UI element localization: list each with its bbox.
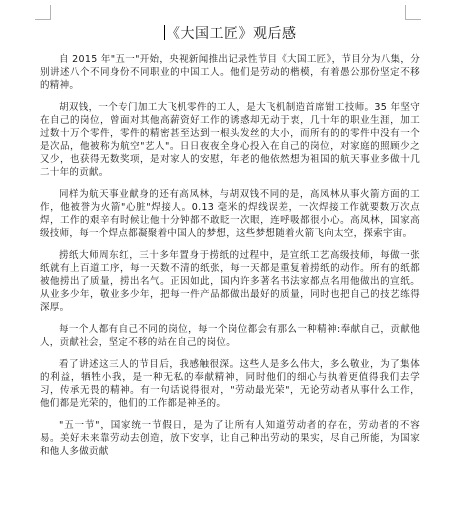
text-boundary-mark-top-left: [35, 5, 51, 20]
document-body[interactable]: 自 2015 年"五一"开始，央视新闻推出记录性节目《大国工匠》，节目分为八集，…: [40, 53, 420, 458]
title-row[interactable]: 《大国工匠》观后感: [40, 23, 420, 43]
paragraph[interactable]: 胡双钱，一个专门加工大飞机零件的工人，是大飞机制造首席钳工技师。35 年坚守在自…: [40, 101, 420, 179]
paragraph[interactable]: 看了讲述这三人的节目后，我感触很深。这些人是多么伟大，多么敬业，为了集体的利益，…: [40, 358, 420, 410]
paragraph[interactable]: 同样为航天事业献身的还有高凤林，与胡双钱不同的是，高凤林从事火箭方面的工作，他被…: [40, 188, 420, 240]
document-page: 《大国工匠》观后感 自 2015 年"五一"开始，央视新闻推出记录性节目《大国工…: [0, 0, 458, 520]
text-boundary-mark-top-right: [405, 5, 421, 20]
document-title[interactable]: 《大国工匠》观后感: [166, 26, 297, 42]
paragraph[interactable]: 捞纸大师周东红，三十多年置身于捞纸的过程中，是宣纸工艺高级技师，每做一张纸就有上…: [40, 249, 420, 314]
text-cursor: [164, 25, 166, 40]
document-content[interactable]: 《大国工匠》观后感 自 2015 年"五一"开始，央视新闻推出记录性节目《大国工…: [40, 20, 420, 467]
paragraph[interactable]: "五一节"，国家统一节假日，是为了让所有人知道劳动者的存在，劳动者的不容易。美好…: [40, 419, 420, 458]
paragraph[interactable]: 自 2015 年"五一"开始，央视新闻推出记录性节目《大国工匠》，节目分为八集，…: [40, 53, 420, 92]
paragraph[interactable]: 每一个人都有自己不同的岗位，每一个岗位都会有那么一种精神:奉献自己，贡献他人，贡…: [40, 323, 420, 349]
